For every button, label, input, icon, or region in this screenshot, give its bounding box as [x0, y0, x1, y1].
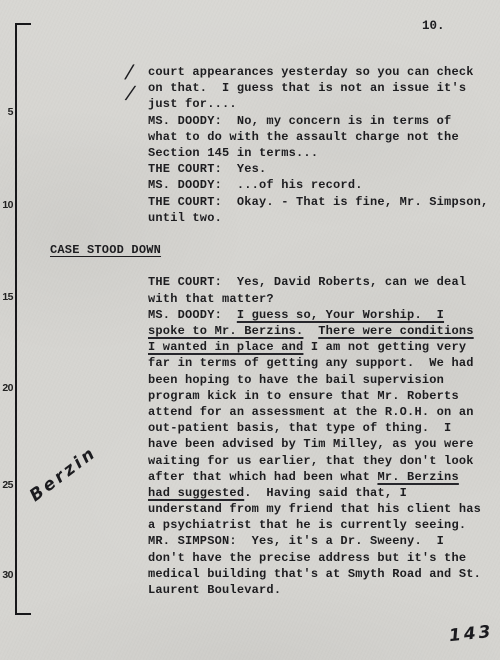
transcript-line: [148, 258, 494, 274]
transcript-line: until two.: [148, 210, 494, 226]
handwritten-check-mark-1: /: [125, 61, 133, 83]
margin-bracket-bottom-tick: [15, 613, 31, 615]
transcript-text: court appearances yesterday so you can c…: [148, 65, 474, 79]
transcript-line: program kick in to ensure that Mr. Rober…: [148, 388, 494, 404]
transcript-text: until two.: [148, 211, 222, 225]
transcript-line: MS. DOODY: No, my concern is in terms of: [148, 113, 494, 129]
pen-underlined-text: had suggested: [148, 486, 244, 500]
transcript-text: MS. DOODY: No, my concern is in terms of: [148, 114, 451, 128]
pen-underlined-text: There were conditions: [318, 324, 473, 338]
transcript-line: THE COURT: Yes, David Roberts, can we de…: [148, 274, 494, 290]
pen-underlined-text: spoke to Mr. Berzins.: [148, 324, 303, 338]
transcript-line: don't have the precise address but it's …: [148, 550, 494, 566]
transcript-text: just for....: [148, 97, 237, 111]
transcript-text: a psychiatrist that he is currently seei…: [148, 518, 466, 532]
transcript-text: waiting for us earlier, that they don't …: [148, 454, 474, 468]
margin-bracket-top-tick: [15, 23, 31, 25]
line-number-25: 25: [0, 479, 13, 491]
transcript-text: don't have the precise address but it's …: [148, 551, 466, 565]
handwritten-page-index: 143: [448, 622, 494, 647]
transcript-text: medical building that's at Smyth Road an…: [148, 567, 481, 581]
transcript-text: THE COURT: Okay. - That is fine, Mr. Sim…: [148, 195, 488, 209]
transcript-text: attend for an assessment at the R.O.H. o…: [148, 405, 474, 419]
transcript-line: spoke to Mr. Berzins. There were conditi…: [148, 323, 494, 339]
handwritten-margin-note: Berzin: [26, 443, 101, 506]
transcript-text: after that which had been what: [148, 470, 377, 484]
transcript-line: court appearances yesterday so you can c…: [148, 64, 494, 80]
pen-underlined-text: Mr. Berzins: [377, 470, 458, 484]
transcript-text: MS. DOODY: ...of his record.: [148, 178, 363, 192]
transcript-line: MS. DOODY: I guess so, Your Worship. I: [148, 307, 494, 323]
transcript-text: what to do with the assault charge not t…: [148, 130, 459, 144]
transcript-text: MS. DOODY:: [148, 308, 237, 322]
transcript-line: MR. SIMPSON: Yes, it's a Dr. Sweeny. I: [148, 533, 494, 549]
transcript-text: THE COURT: Yes, David Roberts, can we de…: [148, 275, 466, 289]
transcript-line: Laurent Boulevard.: [148, 582, 494, 598]
transcript-line: been hoping to have the bail supervision: [148, 372, 494, 388]
pen-underlined-text: I guess so, Your Worship. I: [237, 308, 444, 322]
heading-text: CASE STOOD DOWN: [50, 243, 161, 257]
transcript-line: what to do with the assault charge not t…: [148, 129, 494, 145]
line-number-5: 5: [0, 106, 13, 118]
transcript-text: have been advised by Tim Milley, as you …: [148, 437, 474, 451]
line-number-20: 20: [0, 382, 13, 394]
margin-bracket-line: [15, 23, 17, 615]
transcript-line: have been advised by Tim Milley, as you …: [148, 436, 494, 452]
transcript-line: attend for an assessment at the R.O.H. o…: [148, 404, 494, 420]
transcript-text: MR. SIMPSON: Yes, it's a Dr. Sweeny. I: [148, 534, 444, 548]
transcript-line: [148, 226, 494, 242]
transcript-line: far in terms of getting any support. We …: [148, 355, 494, 371]
transcript-line: THE COURT: Yes.: [148, 161, 494, 177]
transcript-line: just for....: [148, 96, 494, 112]
transcript-line: had suggested. Having said that, I: [148, 485, 494, 501]
transcript-body: court appearances yesterday so you can c…: [148, 64, 494, 598]
transcript-text: . Having said that, I: [244, 486, 407, 500]
transcript-text: THE COURT: Yes.: [148, 162, 266, 176]
line-number-10: 10: [0, 199, 13, 211]
transcript-line: I wanted in place and I am not getting v…: [148, 339, 494, 355]
transcript-text: been hoping to have the bail supervision: [148, 373, 444, 387]
transcript-text: Laurent Boulevard.: [148, 583, 281, 597]
transcript-line: THE COURT: Okay. - That is fine, Mr. Sim…: [148, 194, 494, 210]
transcript-text: with that matter?: [148, 292, 274, 306]
transcript-line: Section 145 in terms...: [148, 145, 494, 161]
transcript-text: I am not getting very: [303, 340, 466, 354]
transcript-line: a psychiatrist that he is currently seei…: [148, 517, 494, 533]
transcript-text: far in terms of getting any support. We …: [148, 356, 474, 370]
page-number: 10.: [422, 19, 445, 33]
transcript-line: understand from my friend that his clien…: [148, 501, 494, 517]
line-number-30: 30: [0, 569, 13, 581]
pen-underlined-text: I wanted in place and: [148, 340, 303, 354]
transcript-text: program kick in to ensure that Mr. Rober…: [148, 389, 459, 403]
transcript-text: on that. I guess that is not an issue it…: [148, 81, 466, 95]
section-heading: CASE STOOD DOWN: [50, 242, 494, 258]
scanned-transcript-page: { "page": { "page_number": "10.", "exhib…: [0, 0, 500, 660]
handwritten-check-mark-2: /: [126, 82, 135, 105]
transcript-line: medical building that's at Smyth Road an…: [148, 566, 494, 582]
transcript-text: out-patient basis, that type of thing. I: [148, 421, 451, 435]
transcript-line: on that. I guess that is not an issue it…: [148, 80, 494, 96]
transcript-text: Section 145 in terms...: [148, 146, 318, 160]
transcript-line: after that which had been what Mr. Berzi…: [148, 469, 494, 485]
line-number-15: 15: [0, 291, 13, 303]
transcript-line: MS. DOODY: ...of his record.: [148, 177, 494, 193]
transcript-text: [303, 324, 318, 338]
transcript-line: out-patient basis, that type of thing. I: [148, 420, 494, 436]
transcript-line: waiting for us earlier, that they don't …: [148, 453, 494, 469]
transcript-text: understand from my friend that his clien…: [148, 502, 481, 516]
transcript-line: with that matter?: [148, 291, 494, 307]
